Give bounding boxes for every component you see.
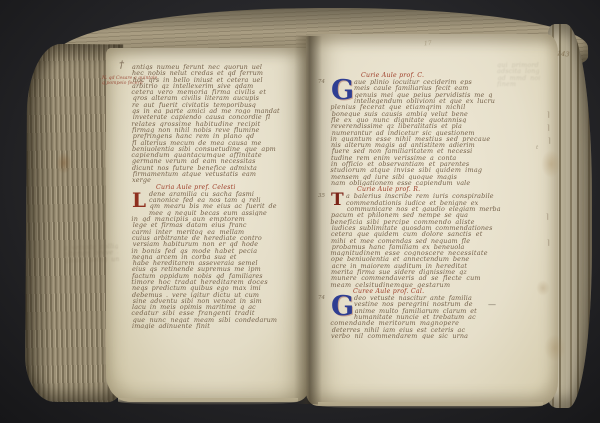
manuscript-photo-scene: † N. qd Cesare q quintale q pompeio fece… xyxy=(0,0,600,423)
show-through-text: a vetusta colligensalterum breve qmamors… xyxy=(64,243,119,264)
manuscript-line: imagie adinuente finit xyxy=(132,323,304,329)
right-section-1: 74 Curie Aule prof. C. G aue plinio iocu… xyxy=(331,72,546,186)
section-number: 35 xyxy=(318,193,325,199)
right-section-3: 74 Curee Aule prof. Cal. G deo vetuste n… xyxy=(331,288,546,339)
rubric-heading: Curee Aule prof. Cal. xyxy=(353,288,546,295)
section-body: T a balerius inscribe rem iuris conspira… xyxy=(331,193,546,287)
decorated-initial-L: L xyxy=(132,191,147,210)
line-end-bracket: ⌉ xyxy=(547,111,550,119)
left-text-column: antiqs numeu ferunt nec quorun uelhec no… xyxy=(132,64,304,329)
quire-mark: 17 xyxy=(424,40,432,48)
rubric-heading: Curie Aule prof. C. xyxy=(361,72,546,79)
section-text-block: aue plinio iocuitur ceciderim epsmeis ca… xyxy=(331,79,546,186)
section-text-block: a balerius inscribe rem iuris conspirabi… xyxy=(331,193,546,287)
line-end-bracket: ⌉ xyxy=(547,239,550,247)
right-page-bottom-edge xyxy=(318,402,543,409)
left-section-body: L dene aramilia cu sacha fasmicanonice f… xyxy=(132,191,304,330)
line-end-bracket: ⌉ xyxy=(548,137,551,145)
cross-mark-icon: † xyxy=(119,60,124,71)
line-end-bracket: ⌉ xyxy=(547,124,550,132)
manuscript-line: verbo nil commendarem que sic urna xyxy=(331,333,546,339)
line-end-bracket: ⌉ xyxy=(546,213,549,221)
right-bottom-stain xyxy=(544,334,566,362)
left-upper-text-block: antiqs numeu ferunt nec quorun uelhec no… xyxy=(132,64,304,184)
section-number: 74 xyxy=(318,295,325,301)
section-number: 74 xyxy=(318,79,325,85)
section-body: G deo vetuste nascitur ante familiavesti… xyxy=(331,295,546,339)
right-section-2: 35 Curie Aule prof. R. T a balerius insc… xyxy=(331,186,546,288)
rubric-heading: Curie Aule prof. R. xyxy=(357,186,546,193)
decorated-initial-T: T xyxy=(331,193,344,209)
decorated-initial-G: G xyxy=(331,295,352,320)
left-section: Curia Aule pref. Celesti L dene aramilia… xyxy=(132,184,304,330)
section-text-block: deo vetuste nascitur ante familiavestine… xyxy=(331,295,546,339)
right-text-column: 74 Curie Aule prof. C. G aue plinio iocu… xyxy=(331,72,546,339)
left-page-bottom-edge xyxy=(118,398,298,405)
rubric-heading: Curia Aule pref. Celesti xyxy=(156,184,304,191)
fore-edge-stain xyxy=(56,152,72,174)
left-lower-text-block: dene aramilia cu sacha fasmicanonice fed… xyxy=(132,191,304,330)
decorated-initial-G: G xyxy=(331,79,352,104)
folio-number: 143 xyxy=(557,49,570,58)
section-body: G aue plinio iocuitur ceciderim epsmeis … xyxy=(331,79,546,186)
